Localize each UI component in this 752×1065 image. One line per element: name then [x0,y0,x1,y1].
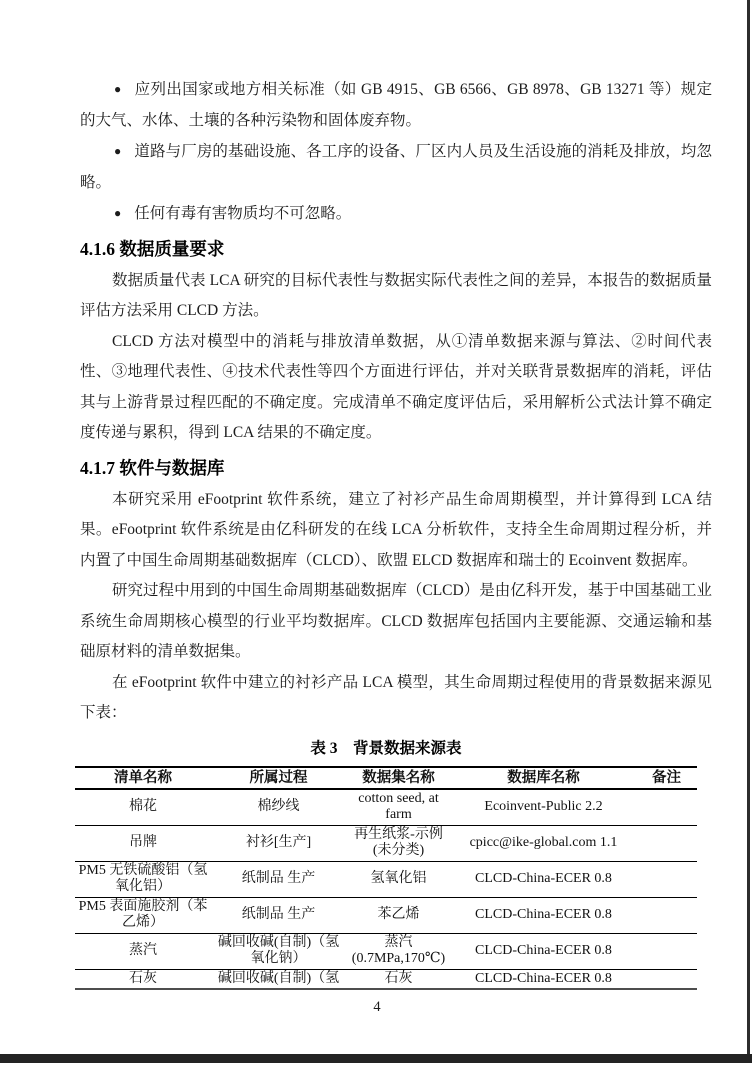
table-cell [636,825,697,861]
table-cell: cotton seed, at farm [346,789,451,826]
table-cell: 石灰 [75,969,211,989]
section-heading-4-1-6: 4.1.6 数据质量要求 [80,237,712,261]
column-header: 数据库名称 [451,767,636,789]
background-data-source-table: 清单名称 所属过程 数据集名称 数据库名称 备注 棉花 棉纱线 cotton s… [75,766,697,991]
column-header: 数据集名称 [346,767,451,789]
document-page: ●应列出国家或地方相关标准（如 GB 4915、GB 6566、GB 8978、… [0,0,752,1065]
paragraph: CLCD 方法对模型中的消耗与排放清单数据，从①清单数据来源与算法、②时间代表性… [80,327,712,449]
table-cell: 碱回收碱(自制)（氢 [211,969,346,989]
table-cell: 吊牌 [75,825,211,861]
table-cell: 蒸汽 (0.7MPa,170℃) [346,933,451,969]
table-cell: 纸制品 生产 [211,861,346,897]
table-row: 吊牌 衬衫[生产] 再生纸浆-示例 (未分类) cpicc@ike-global… [75,825,697,861]
bullet-text: 应列出国家或地方相关标准（如 GB 4915、GB 6566、GB 8978、G… [80,81,712,129]
table-cell: 棉花 [75,789,211,826]
paragraph: 在 eFootprint 软件中建立的衬衫产品 LCA 模型，其生命周期过程使用… [80,668,712,729]
bullet-item: ●道路与厂房的基础设施、各工序的设备、厂区内人员及生活设施的消耗及排放，均忽略。 [80,136,712,198]
table-cell: 碱回收碱(自制)（氢 氧化钠） [211,933,346,969]
table-cell: 纸制品 生产 [211,897,346,933]
table-cell: CLCD-China-ECER 0.8 [451,969,636,989]
table-cell [636,897,697,933]
bullet-item: ●任何有毒有害物质均不可忽略。 [80,198,712,230]
bullet-icon: ● [114,198,121,229]
table-cell: 衬衫[生产] [211,825,346,861]
table-cell: PM5 无铁硫酸铝（氢 氧化铝） [75,861,211,897]
table-cell [636,969,697,989]
table-cell [636,789,697,826]
bullet-text: 任何有毒有害物质均不可忽略。 [134,205,351,222]
table-cell: 苯乙烯 [346,897,451,933]
bullet-icon: ● [114,136,121,167]
paragraph: 数据质量代表 LCA 研究的目标代表性与数据实际代表性之间的差异，本报告的数据质… [80,266,712,327]
bullet-text: 道路与厂房的基础设施、各工序的设备、厂区内人员及生活设施的消耗及排放，均忽略。 [80,143,712,191]
table-cell: 石灰 [346,969,451,989]
table-cell: CLCD-China-ECER 0.8 [451,861,636,897]
bullet-item: ●应列出国家或地方相关标准（如 GB 4915、GB 6566、GB 8978、… [80,74,712,136]
table-cell: 棉纱线 [211,789,346,826]
table-row: PM5 无铁硫酸铝（氢 氧化铝） 纸制品 生产 氢氧化铝 CLCD-China-… [75,861,697,897]
bullet-icon: ● [114,74,121,105]
table-row: 石灰 碱回收碱(自制)（氢 石灰 CLCD-China-ECER 0.8 [75,969,697,989]
table-cell: 再生纸浆-示例 (未分类) [346,825,451,861]
table-cell: PM5 表面施胶剂（苯 乙烯） [75,897,211,933]
table-cell: Ecoinvent-Public 2.2 [451,789,636,826]
page-number: 4 [66,997,688,1017]
table-cell: 蒸汽 [75,933,211,969]
section-heading-4-1-7: 4.1.7 软件与数据库 [80,456,712,480]
table-row: 蒸汽 碱回收碱(自制)（氢 氧化钠） 蒸汽 (0.7MPa,170℃) CLCD… [75,933,697,969]
table-cell [636,861,697,897]
paragraph: 本研究采用 eFootprint 软件系统，建立了衬衫产品生命周期模型，并计算得… [80,485,712,577]
table-caption: 表 3 背景数据来源表 [75,738,697,760]
table-cell: cpicc@ike-global.com 1.1 [451,825,636,861]
table-row: 棉花 棉纱线 cotton seed, at farm Ecoinvent-Pu… [75,789,697,826]
table-cell: CLCD-China-ECER 0.8 [451,897,636,933]
column-header: 所属过程 [211,767,346,789]
table-row: PM5 表面施胶剂（苯 乙烯） 纸制品 生产 苯乙烯 CLCD-China-EC… [75,897,697,933]
table-cell [636,933,697,969]
page-right-border [747,0,750,1060]
table-header-row: 清单名称 所属过程 数据集名称 数据库名称 备注 [75,767,697,789]
column-header: 清单名称 [75,767,211,789]
paragraph: 研究过程中用到的中国生命周期基础数据库（CLCD）是由亿科开发，基于中国基础工业… [80,576,712,668]
page-content: ●应列出国家或地方相关标准（如 GB 4915、GB 6566、GB 8978、… [80,74,712,1017]
page-bottom-border [0,1054,752,1063]
table-cell: CLCD-China-ECER 0.8 [451,933,636,969]
column-header: 备注 [636,767,697,789]
table-cell: 氢氧化铝 [346,861,451,897]
